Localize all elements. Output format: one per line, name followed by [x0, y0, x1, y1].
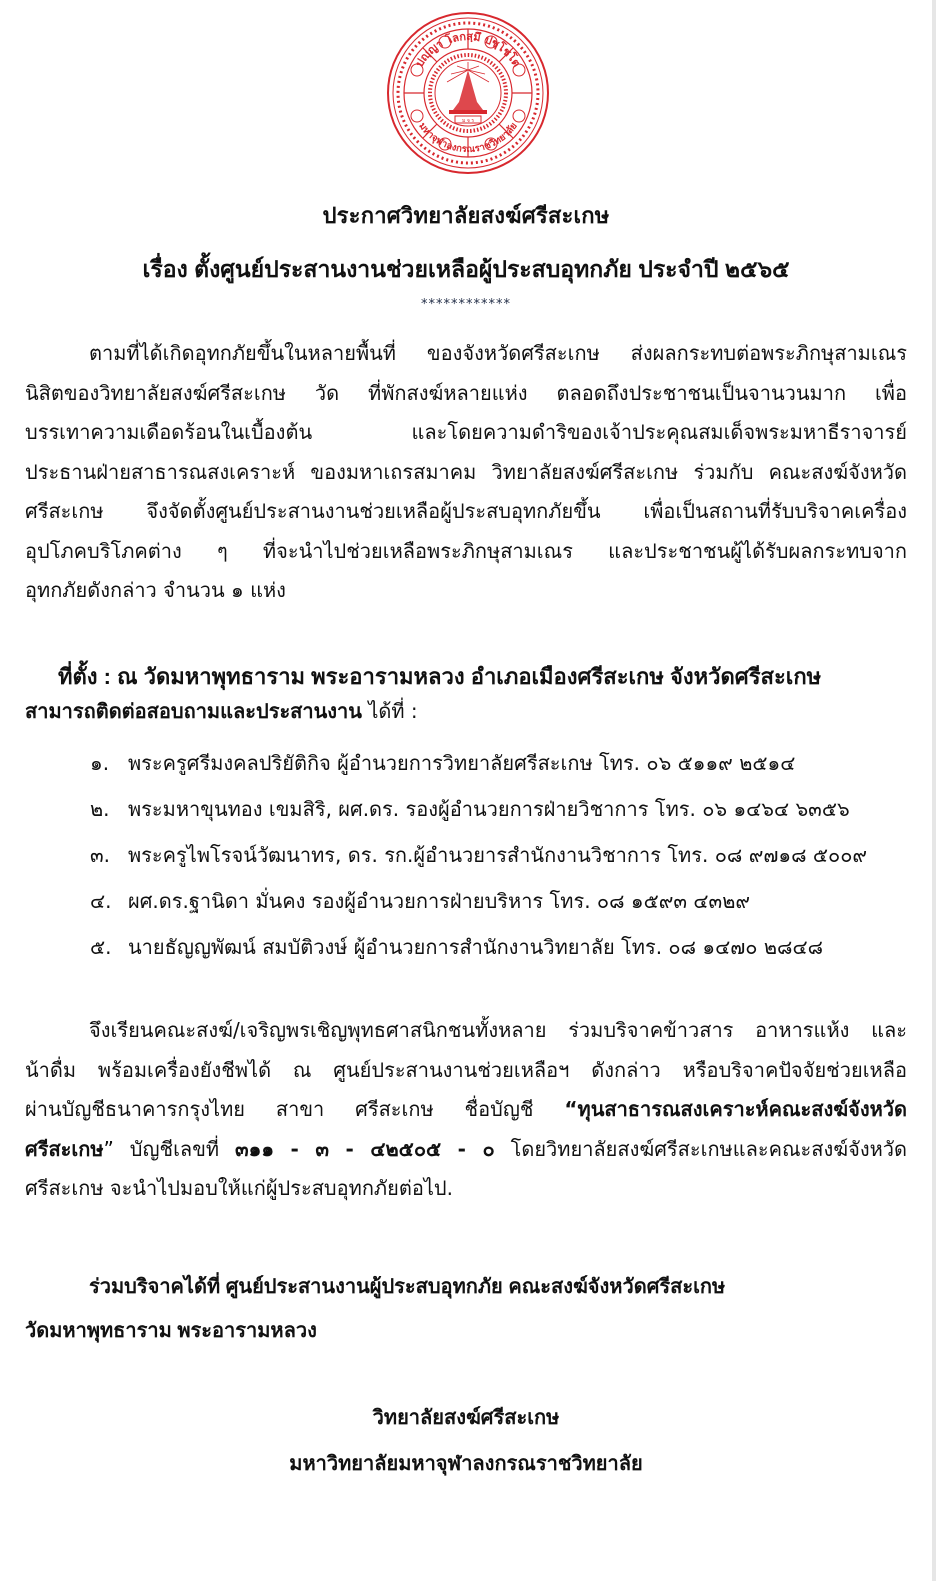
account-number: ๓๑๑ - ๓ - ๔๒๕๐๕ - ๐ — [235, 1137, 495, 1161]
scrollbar[interactable] — [932, 0, 936, 1581]
signature-university: มหาวิทยาลัยมหาจุฬาลงกรณราชวิทยาลัย — [0, 1447, 932, 1479]
contact-item: ๕.นายธัญญพัฒน์ สมบัติวงษ์ ผู้อำนวยการสำน… — [90, 924, 867, 970]
paragraph-line: อุทกภัยดังกล่าว จำนวน ๑ แห่ง — [25, 571, 907, 611]
paragraph-line: นิสิตของวิทยาลัยสงฆ์ศรีสะเกษ วัด ที่พักส… — [25, 374, 907, 414]
paragraph-line: ผ่านบัญชีธนาคารกรุงไทย สาขา ศรีสะเกษ ชื่… — [25, 1090, 907, 1130]
contact-item: ๑.พระครูศรีมงคลปริยัติกิจ ผู้อำนวยการวิท… — [90, 740, 867, 786]
paragraph-line: ตามที่ได้เกิดอุทกภัยขึ้นในหลายพื้นที่ ขอ… — [25, 334, 907, 374]
contact-heading: สามารถติดต่อสอบถามและประสานงาน ได้ที่ : — [25, 695, 418, 727]
paragraph-line: อุปโภคบริโภคต่าง ๆ ที่จะนำไปช่วยเหลือพระ… — [25, 532, 907, 572]
paragraph-line: บรรเทาความเดือดร้อนในเบื้องต้น และโดยควา… — [25, 413, 907, 453]
account-name: “ทุนสาธารณสงเคราะห์คณะสงฆ์จังหวัด — [564, 1097, 907, 1121]
contact-item: ๔.ผศ.ดร.ฐานิดา มั่นคง รองผู้อำนวยการฝ่าย… — [90, 878, 867, 924]
paragraph-line: ศรีสะเกษ” บัญชีเลขที่ ๓๑๑ - ๓ - ๔๒๕๐๕ - … — [25, 1130, 907, 1170]
paragraph-line: น้าดื่ม พร้อมเครื่องยังชีพได้ ณ ศูนย์ประ… — [25, 1051, 907, 1091]
separator: ************ — [0, 297, 932, 312]
contact-item: ๓.พระครูไพโรจน์วัฒนาทร, ดร. รก.ผู้อำนวยา… — [90, 832, 867, 878]
invite-paragraph: จึงเรียนคณะสงฆ์/เจริญพรเชิญพุทธศาสนิกชนท… — [25, 1011, 907, 1209]
contact-list: ๑.พระครูศรีมงคลปริยัติกิจ ผู้อำนวยการวิท… — [90, 740, 867, 970]
contact-heading-bold: สามารถติดต่อสอบถามและประสานงาน — [25, 701, 362, 723]
paragraph-line: จึงเรียนคณะสงฆ์/เจริญพรเชิญพุทธศาสนิกชนท… — [25, 1011, 907, 1051]
university-seal-icon: ม จ ร ปญฺญา โลกสฺมึ ปชฺโชโต มหาจุฬาลงกรณ… — [385, 10, 551, 176]
paragraph-line: ประธานฝ่ายสาธารณสงเคราะห์ ของมหาเถรสมาคม… — [25, 453, 907, 493]
announcement-title: ประกาศวิทยาลัยสงฆ์ศรีสะเกษ — [0, 198, 932, 233]
account-name-cont: ศรีสะเกษ — [25, 1137, 104, 1161]
contact-item: ๒.พระมหาขุนทอง เขมสิริ, ผศ.ดร. รองผู้อำน… — [90, 786, 867, 832]
svg-text:ม จ ร: ม จ ร — [462, 118, 474, 124]
intro-paragraph: ตามที่ได้เกิดอุทกภัยขึ้นในหลายพื้นที่ ขอ… — [25, 334, 907, 611]
contact-heading-suffix: ได้ที่ : — [362, 699, 418, 723]
paragraph-line: ศรีสะเกษ จะนำไปมอบให้แก่ผู้ประสบอุทกภัยต… — [25, 1169, 907, 1209]
location-heading: ที่ตั้ง : ณ วัดมหาพุทธาราม พระอารามหลวง … — [58, 659, 821, 694]
announcement-subject: เรื่อง ตั้งศูนย์ประสานงานช่วยเหลือผู้ประ… — [0, 252, 932, 288]
announcement-page: ม จ ร ปญฺญา โลกสฺมึ ปชฺโชโต มหาจุฬาลงกรณ… — [0, 0, 932, 1581]
signature-college: วิทยาลัยสงฆ์ศรีสะเกษ — [0, 1401, 932, 1433]
paragraph-line: ศรีสะเกษ จึงจัดตั้งศูนย์ประสานงานช่วยเหล… — [25, 492, 907, 532]
donation-location: ร่วมบริจาคได้ที่ ศูนย์ประสานงานผู้ประสบอ… — [25, 1265, 907, 1353]
